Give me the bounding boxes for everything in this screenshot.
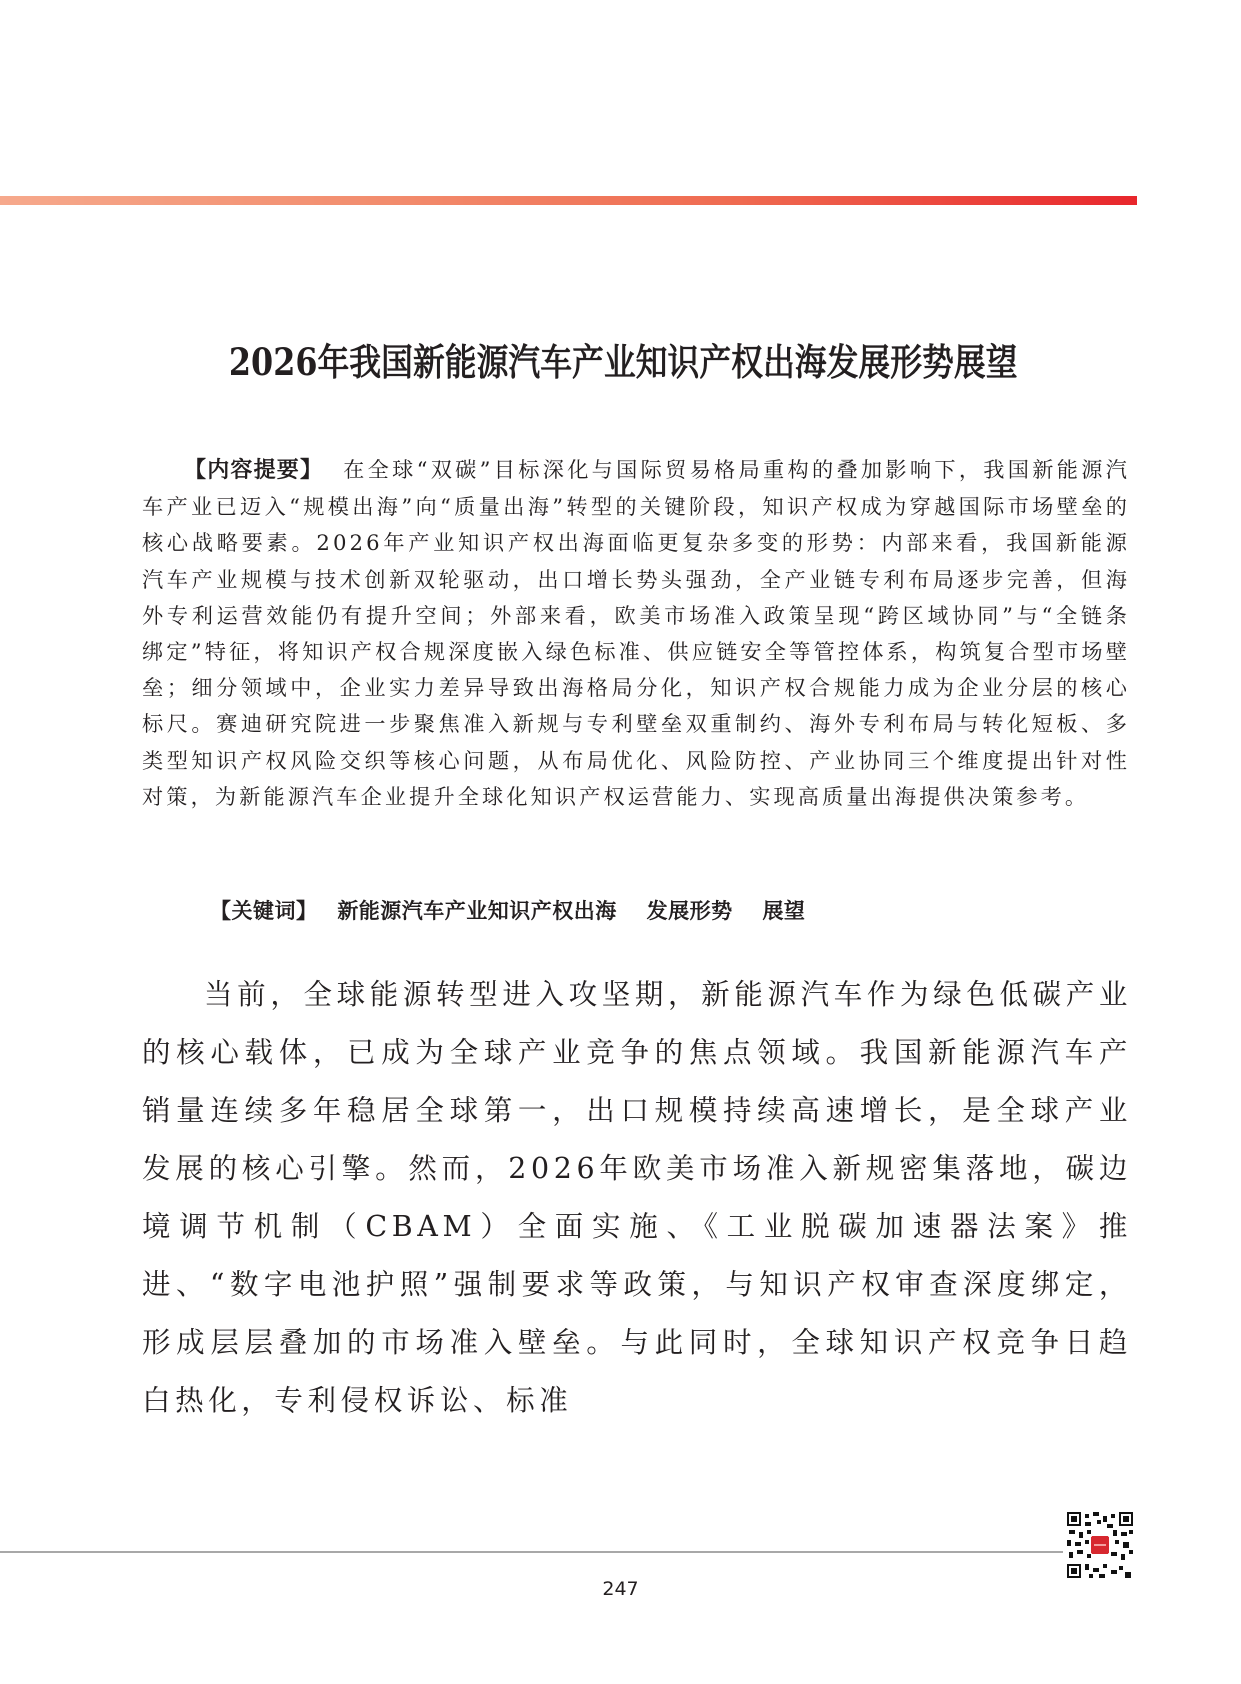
keywords: 【关键词】 新能源汽车产业知识产权出海 发展形势 展望: [210, 895, 827, 925]
keyword-item: 新能源汽车产业知识产权出海: [337, 899, 617, 923]
abstract-text: 在全球“双碳”目标深化与国际贸易格局重构的叠加影响下，我国新能源汽车产业已迈入“…: [142, 457, 1130, 809]
article-title: 2026年我国新能源汽车产业知识产权出海发展形势展望: [90, 332, 1157, 386]
page-number: 247: [0, 1578, 1241, 1600]
header-accent-bar: [0, 196, 1137, 205]
abstract-label: 【内容提要】: [184, 458, 323, 483]
body-paragraph: 当前，全球能源转型进入攻坚期，新能源汽车作为绿色低碳产业的核心载体，已成为全球产…: [142, 966, 1132, 1430]
keyword-item: 展望: [762, 899, 805, 923]
keywords-label: 【关键词】: [210, 899, 318, 923]
abstract: 【内容提要】在全球“双碳”目标深化与国际贸易格局重构的叠加影响下，我国新能源汽车…: [142, 452, 1130, 815]
qr-code-icon[interactable]: [1067, 1512, 1133, 1578]
paragraph-text: 当前，全球能源转型进入攻坚期，新能源汽车作为绿色低碳产业的核心载体，已成为全球产…: [142, 978, 1132, 1417]
footer-divider: [0, 1551, 1063, 1553]
keyword-item: 发展形势: [647, 899, 733, 923]
